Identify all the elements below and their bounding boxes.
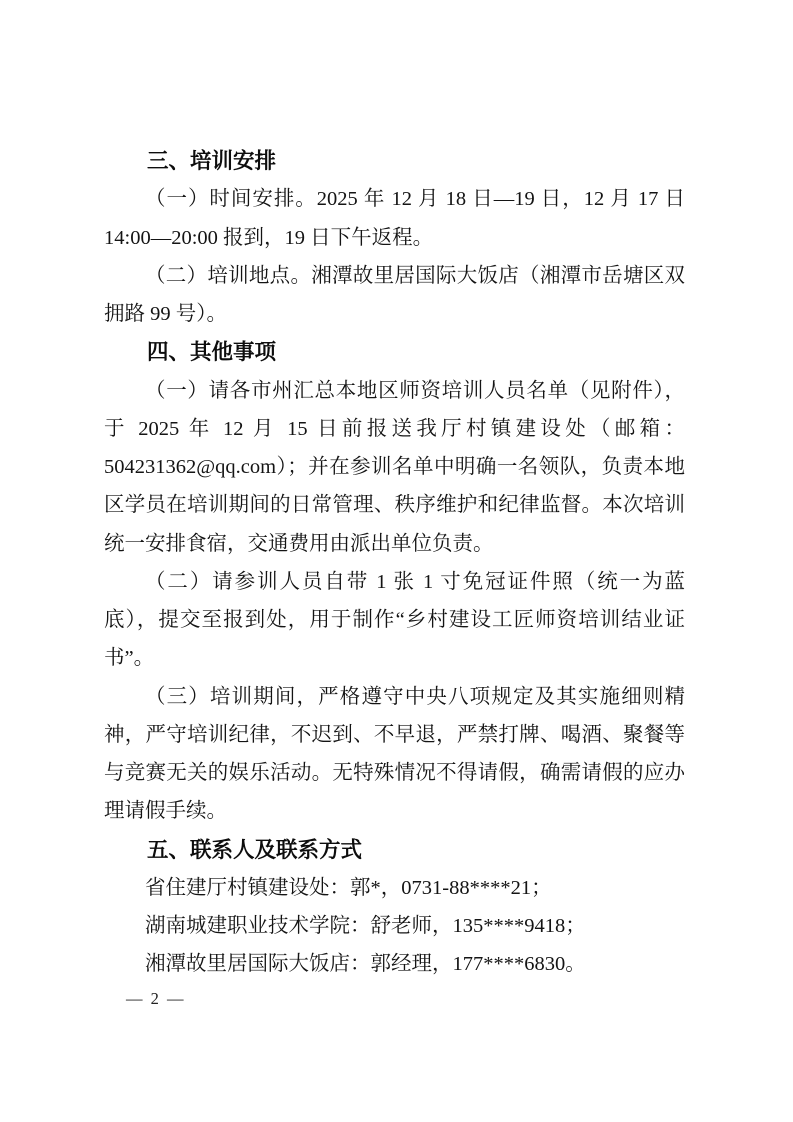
paragraph-training-location: （二）培训地点。湘潭故里居国际大饭店（湘潭市岳塘区双拥路 99 号）。 [104, 257, 685, 334]
section-heading-training-arrangement: 三、培训安排 [104, 142, 685, 180]
contact-line-provincial-department: 省住建厅村镇建设处：郭*，0731-88****21； [104, 869, 685, 907]
paragraph-discipline: （三）培训期间，严格遵守中央八项规定及其实施细则精神，严守培训纪律，不迟到、不早… [104, 678, 685, 831]
paragraph-time-arrangement: （一）时间安排。2025 年 12 月 18 日—19 日，12 月 17 日 … [104, 180, 685, 257]
paragraph-roster-submission: （一）请各市州汇总本地区师资培训人员名单（见附件），于 2025 年 12 月 … [104, 372, 685, 563]
paragraph-id-photo: （二）请参训人员自带 1 张 1 寸免冠证件照（统一为蓝底），提交至报到处，用于… [104, 563, 685, 678]
page-number: — 2 — [126, 989, 186, 1009]
section-heading-contacts: 五、联系人及联系方式 [104, 831, 685, 869]
contact-line-urban-construction-college: 湖南城建职业技术学院：舒老师，135****9418； [104, 907, 685, 945]
document-body: 三、培训安排 （一）时间安排。2025 年 12 月 18 日—19 日，12 … [104, 142, 685, 984]
section-heading-other-matters: 四、其他事项 [104, 333, 685, 371]
contact-line-hotel: 湘潭故里居国际大饭店：郭经理，177****6830。 [104, 945, 685, 983]
